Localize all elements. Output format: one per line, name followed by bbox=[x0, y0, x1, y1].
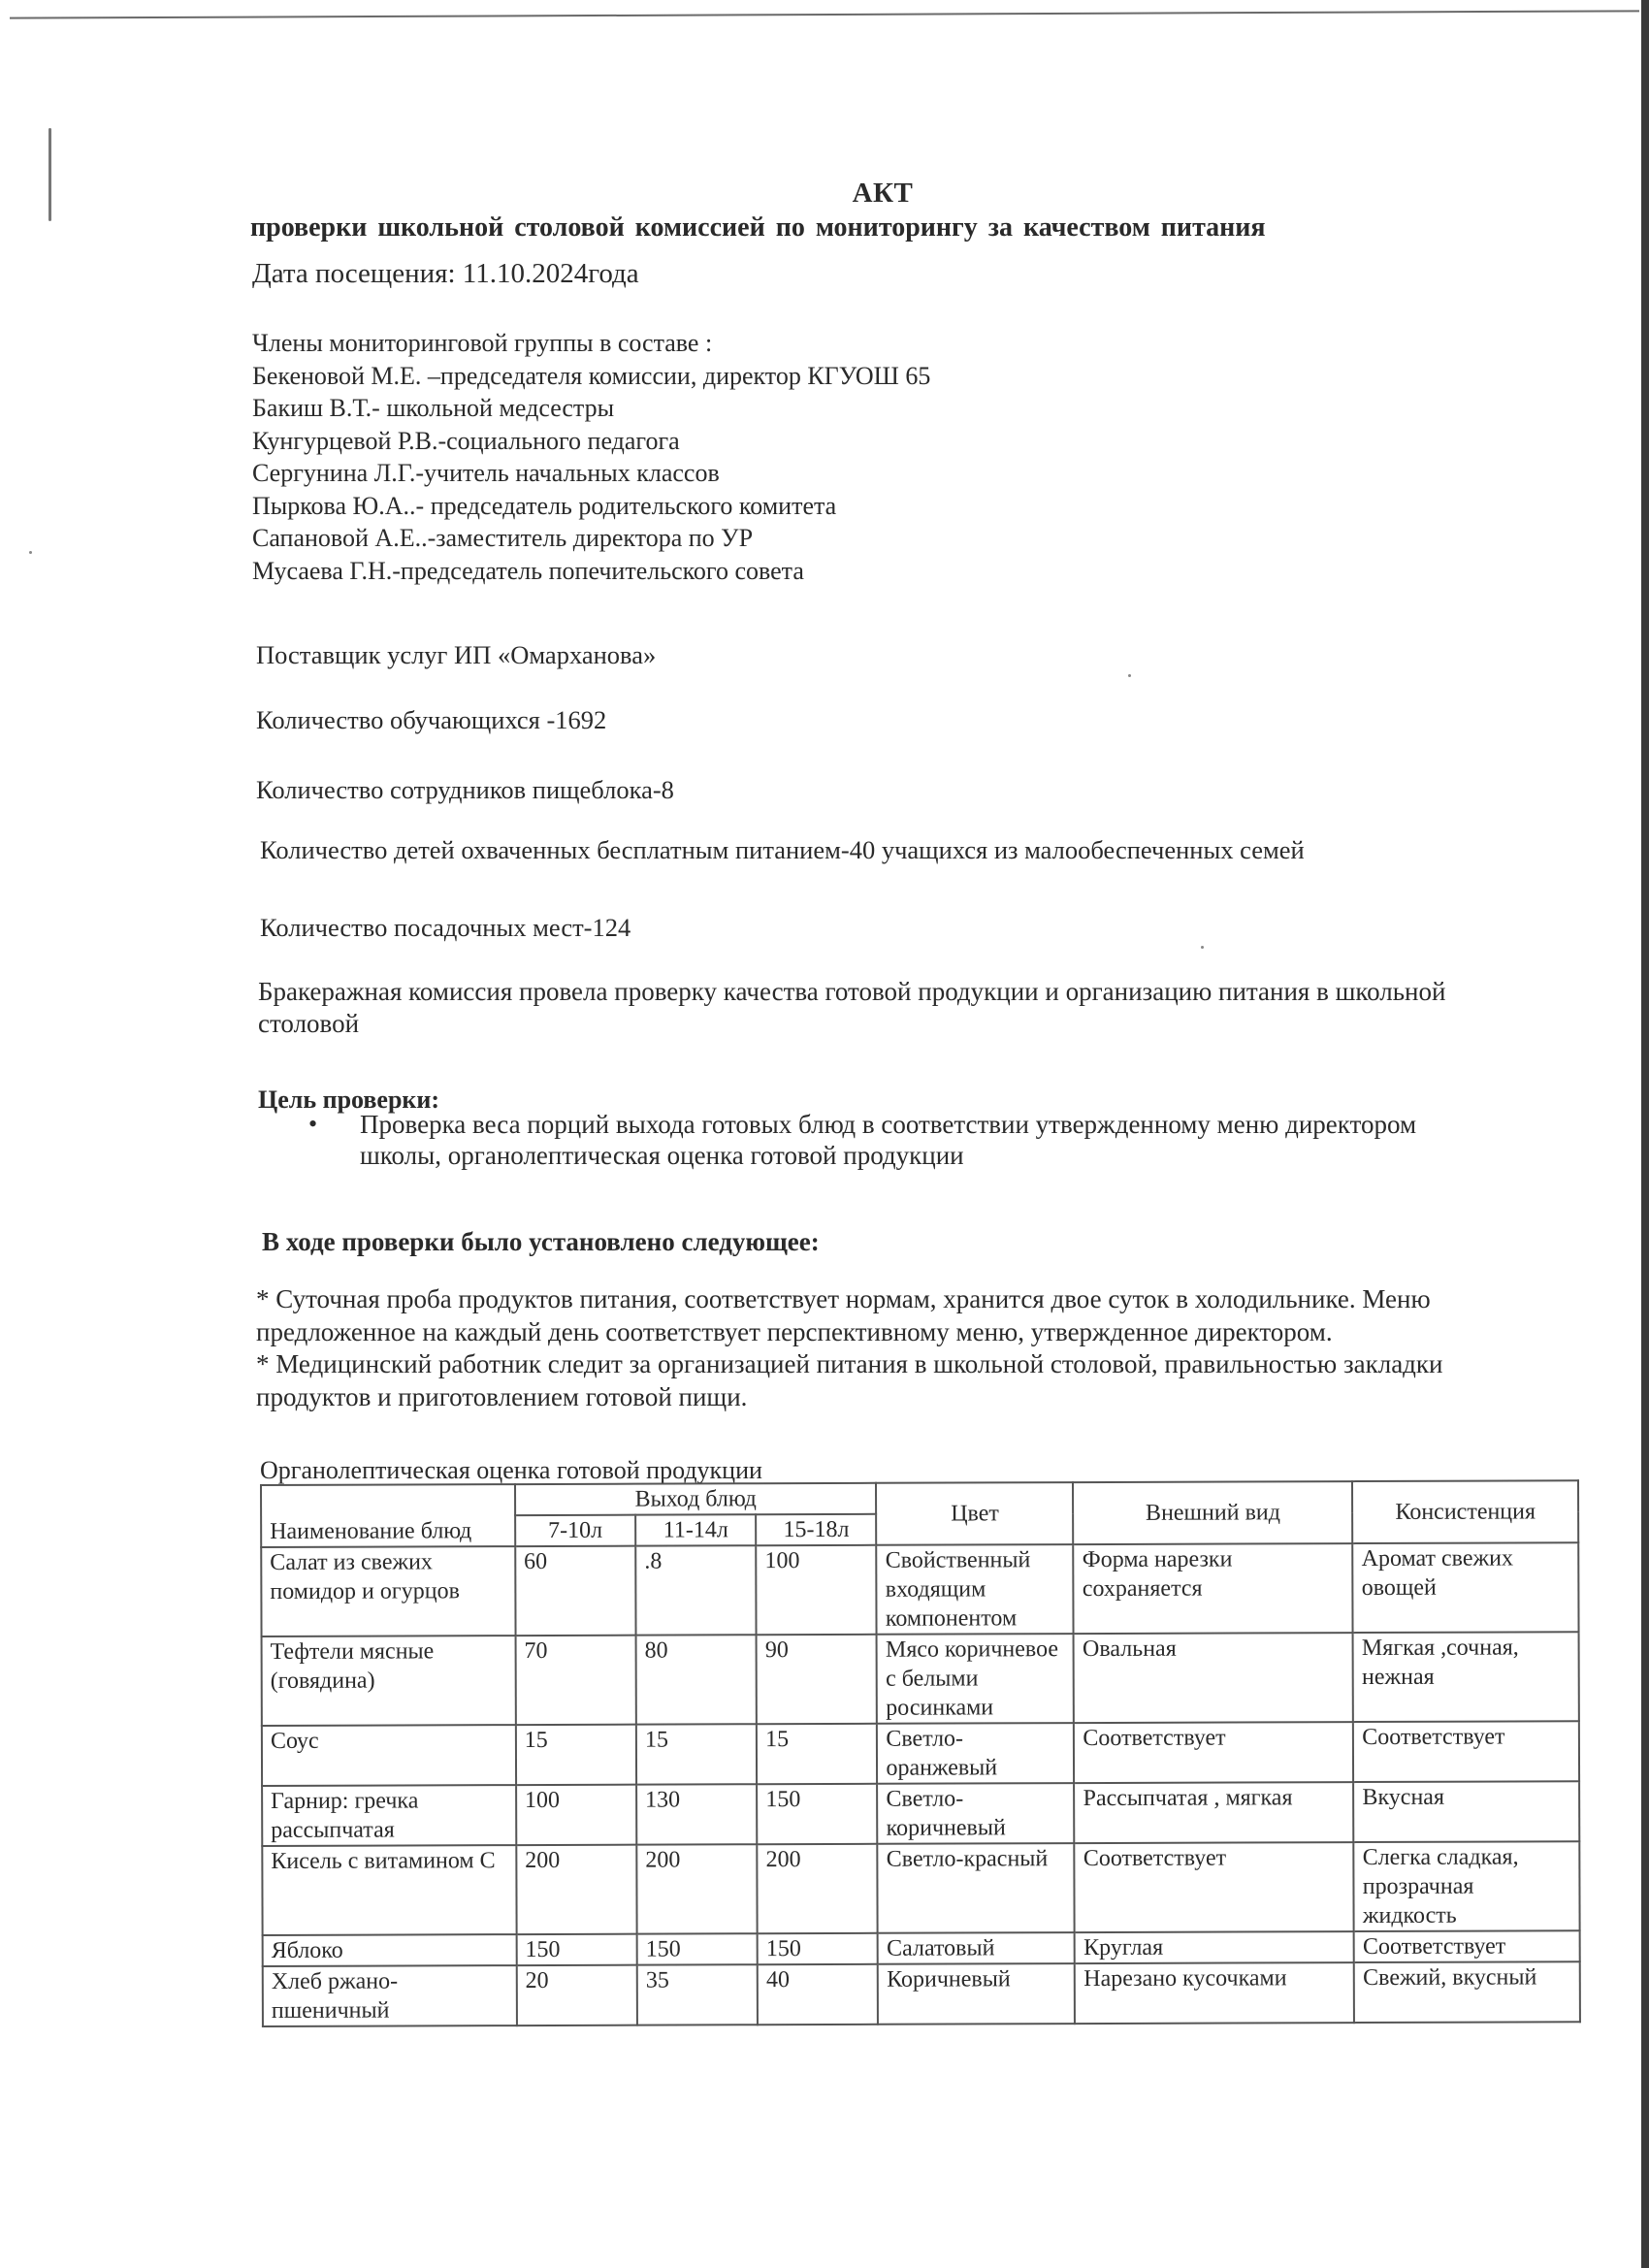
appearance-cell: Соответствует bbox=[1074, 1722, 1353, 1783]
yield-15-18-cell: 15 bbox=[757, 1724, 877, 1784]
header-color: Цвет bbox=[876, 1482, 1073, 1545]
staff-count: Количество сотрудников пищеблока-8 bbox=[256, 774, 674, 805]
yield-7-10-cell: 150 bbox=[516, 1934, 636, 1965]
appearance-cell: Круглая bbox=[1075, 1931, 1354, 1963]
member-item: Сергунина Л.Г.-учитель начальных классов bbox=[252, 457, 930, 490]
members-section: Члены мониторинговой группы в составе : … bbox=[252, 327, 930, 587]
consistency-cell: Соответствует bbox=[1354, 1930, 1580, 1962]
members-heading: Члены мониторинговой группы в составе : bbox=[252, 327, 930, 360]
goal-item: Проверка веса порций выхода готовых блюд… bbox=[308, 1109, 1472, 1171]
scan-border-line bbox=[10, 10, 1639, 18]
color-cell: Мясо коричневое с белыми росинками bbox=[877, 1634, 1074, 1724]
dish-name-cell: Соус bbox=[262, 1725, 516, 1786]
dish-name-cell: Тефтели мясные (говядина) bbox=[262, 1636, 516, 1726]
appearance-cell: Соответствует bbox=[1075, 1842, 1354, 1932]
appearance-cell: Овальная bbox=[1074, 1633, 1353, 1723]
yield-11-14-cell: 35 bbox=[637, 1964, 758, 2025]
scan-speck bbox=[29, 551, 32, 554]
color-cell: Светло-красный bbox=[878, 1843, 1075, 1933]
yield-11-14-cell: 200 bbox=[636, 1844, 758, 1933]
scan-speck bbox=[1128, 674, 1131, 677]
color-cell: Светло-оранжевый bbox=[877, 1723, 1074, 1784]
commission-note: Бракеражная комиссия провела проверку ка… bbox=[258, 976, 1509, 1040]
header-dish-name: Наименование блюд bbox=[261, 1484, 515, 1547]
yield-15-18-cell: 200 bbox=[758, 1844, 879, 1933]
findings-heading: В ходе проверки было установлено следующ… bbox=[262, 1226, 820, 1257]
scan-speck bbox=[1201, 946, 1204, 949]
yield-15-18-cell: 150 bbox=[757, 1784, 877, 1844]
color-cell: Салатовый bbox=[878, 1932, 1075, 1964]
findings-section: * Суточная проба продуктов питания, соот… bbox=[256, 1283, 1536, 1413]
appearance-cell: Рассыпчатая , мягкая bbox=[1075, 1782, 1354, 1843]
header-consistency: Консистенция bbox=[1352, 1480, 1578, 1543]
table-row: Хлеб ржано-пшеничный203540КоричневыйНаре… bbox=[263, 1961, 1580, 2026]
yield-7-10-cell: 20 bbox=[517, 1965, 637, 2025]
free-meals-count: Количество детей охваченных бесплатным п… bbox=[260, 834, 1305, 865]
yield-11-14-cell: 80 bbox=[636, 1635, 758, 1724]
yield-7-10-cell: 100 bbox=[516, 1785, 636, 1845]
yield-11-14-cell: 15 bbox=[636, 1724, 757, 1784]
consistency-cell: Аромат свежих овощей bbox=[1353, 1542, 1579, 1633]
yield-11-14-cell: 130 bbox=[636, 1784, 757, 1844]
appearance-cell: Нарезано кусочками bbox=[1075, 1962, 1354, 2024]
member-item: Бакиш В.Т.- школьной медсестры bbox=[252, 392, 930, 425]
header-age-11-14: 11-14л bbox=[635, 1514, 756, 1545]
header-appearance: Внешний вид bbox=[1073, 1481, 1352, 1544]
table-row: Салат из свежих помидор и огурцов60.8100… bbox=[261, 1542, 1578, 1636]
yield-7-10-cell: 60 bbox=[515, 1546, 636, 1636]
finding-item: * Медицинский работник следит за организ… bbox=[256, 1348, 1536, 1413]
seats-count: Количество посадочных мест-124 bbox=[260, 912, 630, 943]
visit-date: Дата посещения: 11.10.2024года bbox=[252, 258, 639, 289]
supplier: Поставщик услуг ИП «Омарханова» bbox=[256, 639, 656, 670]
member-item: Пыркова Ю.А..- председатель родительског… bbox=[252, 490, 930, 523]
member-item: Сапановой А.Е..-заместитель директора по… bbox=[252, 522, 930, 555]
dish-name-cell: Гарнир: гречка рассыпчатая bbox=[262, 1785, 516, 1846]
member-item: Бекеновой М.Е. –председателя комиссии, д… bbox=[252, 360, 930, 393]
dish-name-cell: Хлеб ржано-пшеничный bbox=[263, 1965, 517, 2026]
consistency-cell: Слегка сладкая, прозрачная жидкость bbox=[1354, 1841, 1580, 1931]
member-item: Кунгурцевой Р.В.-социального педагога bbox=[252, 425, 930, 458]
consistency-cell: Свежий, вкусный bbox=[1354, 1961, 1580, 2023]
table-caption: Органолептическая оценка готовой продукц… bbox=[260, 1455, 762, 1486]
color-cell: Светло-коричневый bbox=[877, 1783, 1074, 1844]
consistency-cell: Вкусная bbox=[1353, 1781, 1579, 1842]
goal-list: Проверка веса порций выхода готовых блюд… bbox=[308, 1109, 1472, 1171]
dish-name-cell: Салат из свежих помидор и огурцов bbox=[261, 1546, 515, 1636]
organoleptic-table: Наименование блюд Выход блюд Цвет Внешни… bbox=[260, 1479, 1581, 2027]
document-title: АКТ bbox=[0, 178, 1649, 210]
table-row: Кисель с витамином С200200200Светло-крас… bbox=[262, 1841, 1579, 1935]
appearance-cell: Форма нарезки сохраняется bbox=[1074, 1543, 1353, 1634]
yield-11-14-cell: 150 bbox=[637, 1933, 758, 1964]
yield-7-10-cell: 200 bbox=[516, 1845, 637, 1934]
color-cell: Коричневый bbox=[878, 1963, 1075, 2025]
header-yield: Выход блюд bbox=[515, 1483, 877, 1515]
color-cell: Свойственный входящим компонентом bbox=[877, 1544, 1074, 1635]
table-row: Яблоко150150150СалатовыйКруглаяСоответст… bbox=[263, 1930, 1580, 1966]
consistency-cell: Мягкая ,сочная, нежная bbox=[1353, 1632, 1579, 1722]
dish-name-cell: Яблоко bbox=[263, 1934, 517, 1966]
dish-name-cell: Кисель с витамином С bbox=[262, 1845, 516, 1935]
finding-item: * Суточная проба продуктов питания, соот… bbox=[256, 1283, 1536, 1348]
yield-15-18-cell: 90 bbox=[757, 1635, 878, 1724]
yield-11-14-cell: .8 bbox=[635, 1545, 757, 1635]
table-body: Салат из свежих помидор и огурцов60.8100… bbox=[261, 1542, 1580, 2026]
header-age-7-10: 7-10л bbox=[515, 1515, 635, 1546]
yield-15-18-cell: 150 bbox=[758, 1933, 878, 1964]
students-count: Количество обучающихся -1692 bbox=[256, 704, 606, 735]
member-item: Мусаева Г.Н.-председатель попечительског… bbox=[252, 555, 930, 588]
consistency-cell: Соответствует bbox=[1353, 1721, 1579, 1782]
yield-15-18-cell: 100 bbox=[756, 1545, 877, 1635]
scan-edge-shadow bbox=[1641, 0, 1649, 2268]
yield-15-18-cell: 40 bbox=[758, 1964, 878, 2025]
document-subtitle: проверки школьной столовой комиссией по … bbox=[250, 212, 1266, 243]
yield-7-10-cell: 70 bbox=[515, 1636, 636, 1725]
table-row: Гарнир: гречка рассыпчатая100130150Светл… bbox=[262, 1781, 1579, 1846]
header-age-15-18: 15-18л bbox=[756, 1514, 876, 1545]
yield-7-10-cell: 15 bbox=[516, 1725, 636, 1785]
table-row: Соус151515Светло-оранжевыйСоответствуетС… bbox=[262, 1721, 1579, 1786]
table-row: Тефтели мясные (говядина)708090Мясо кори… bbox=[262, 1632, 1579, 1726]
